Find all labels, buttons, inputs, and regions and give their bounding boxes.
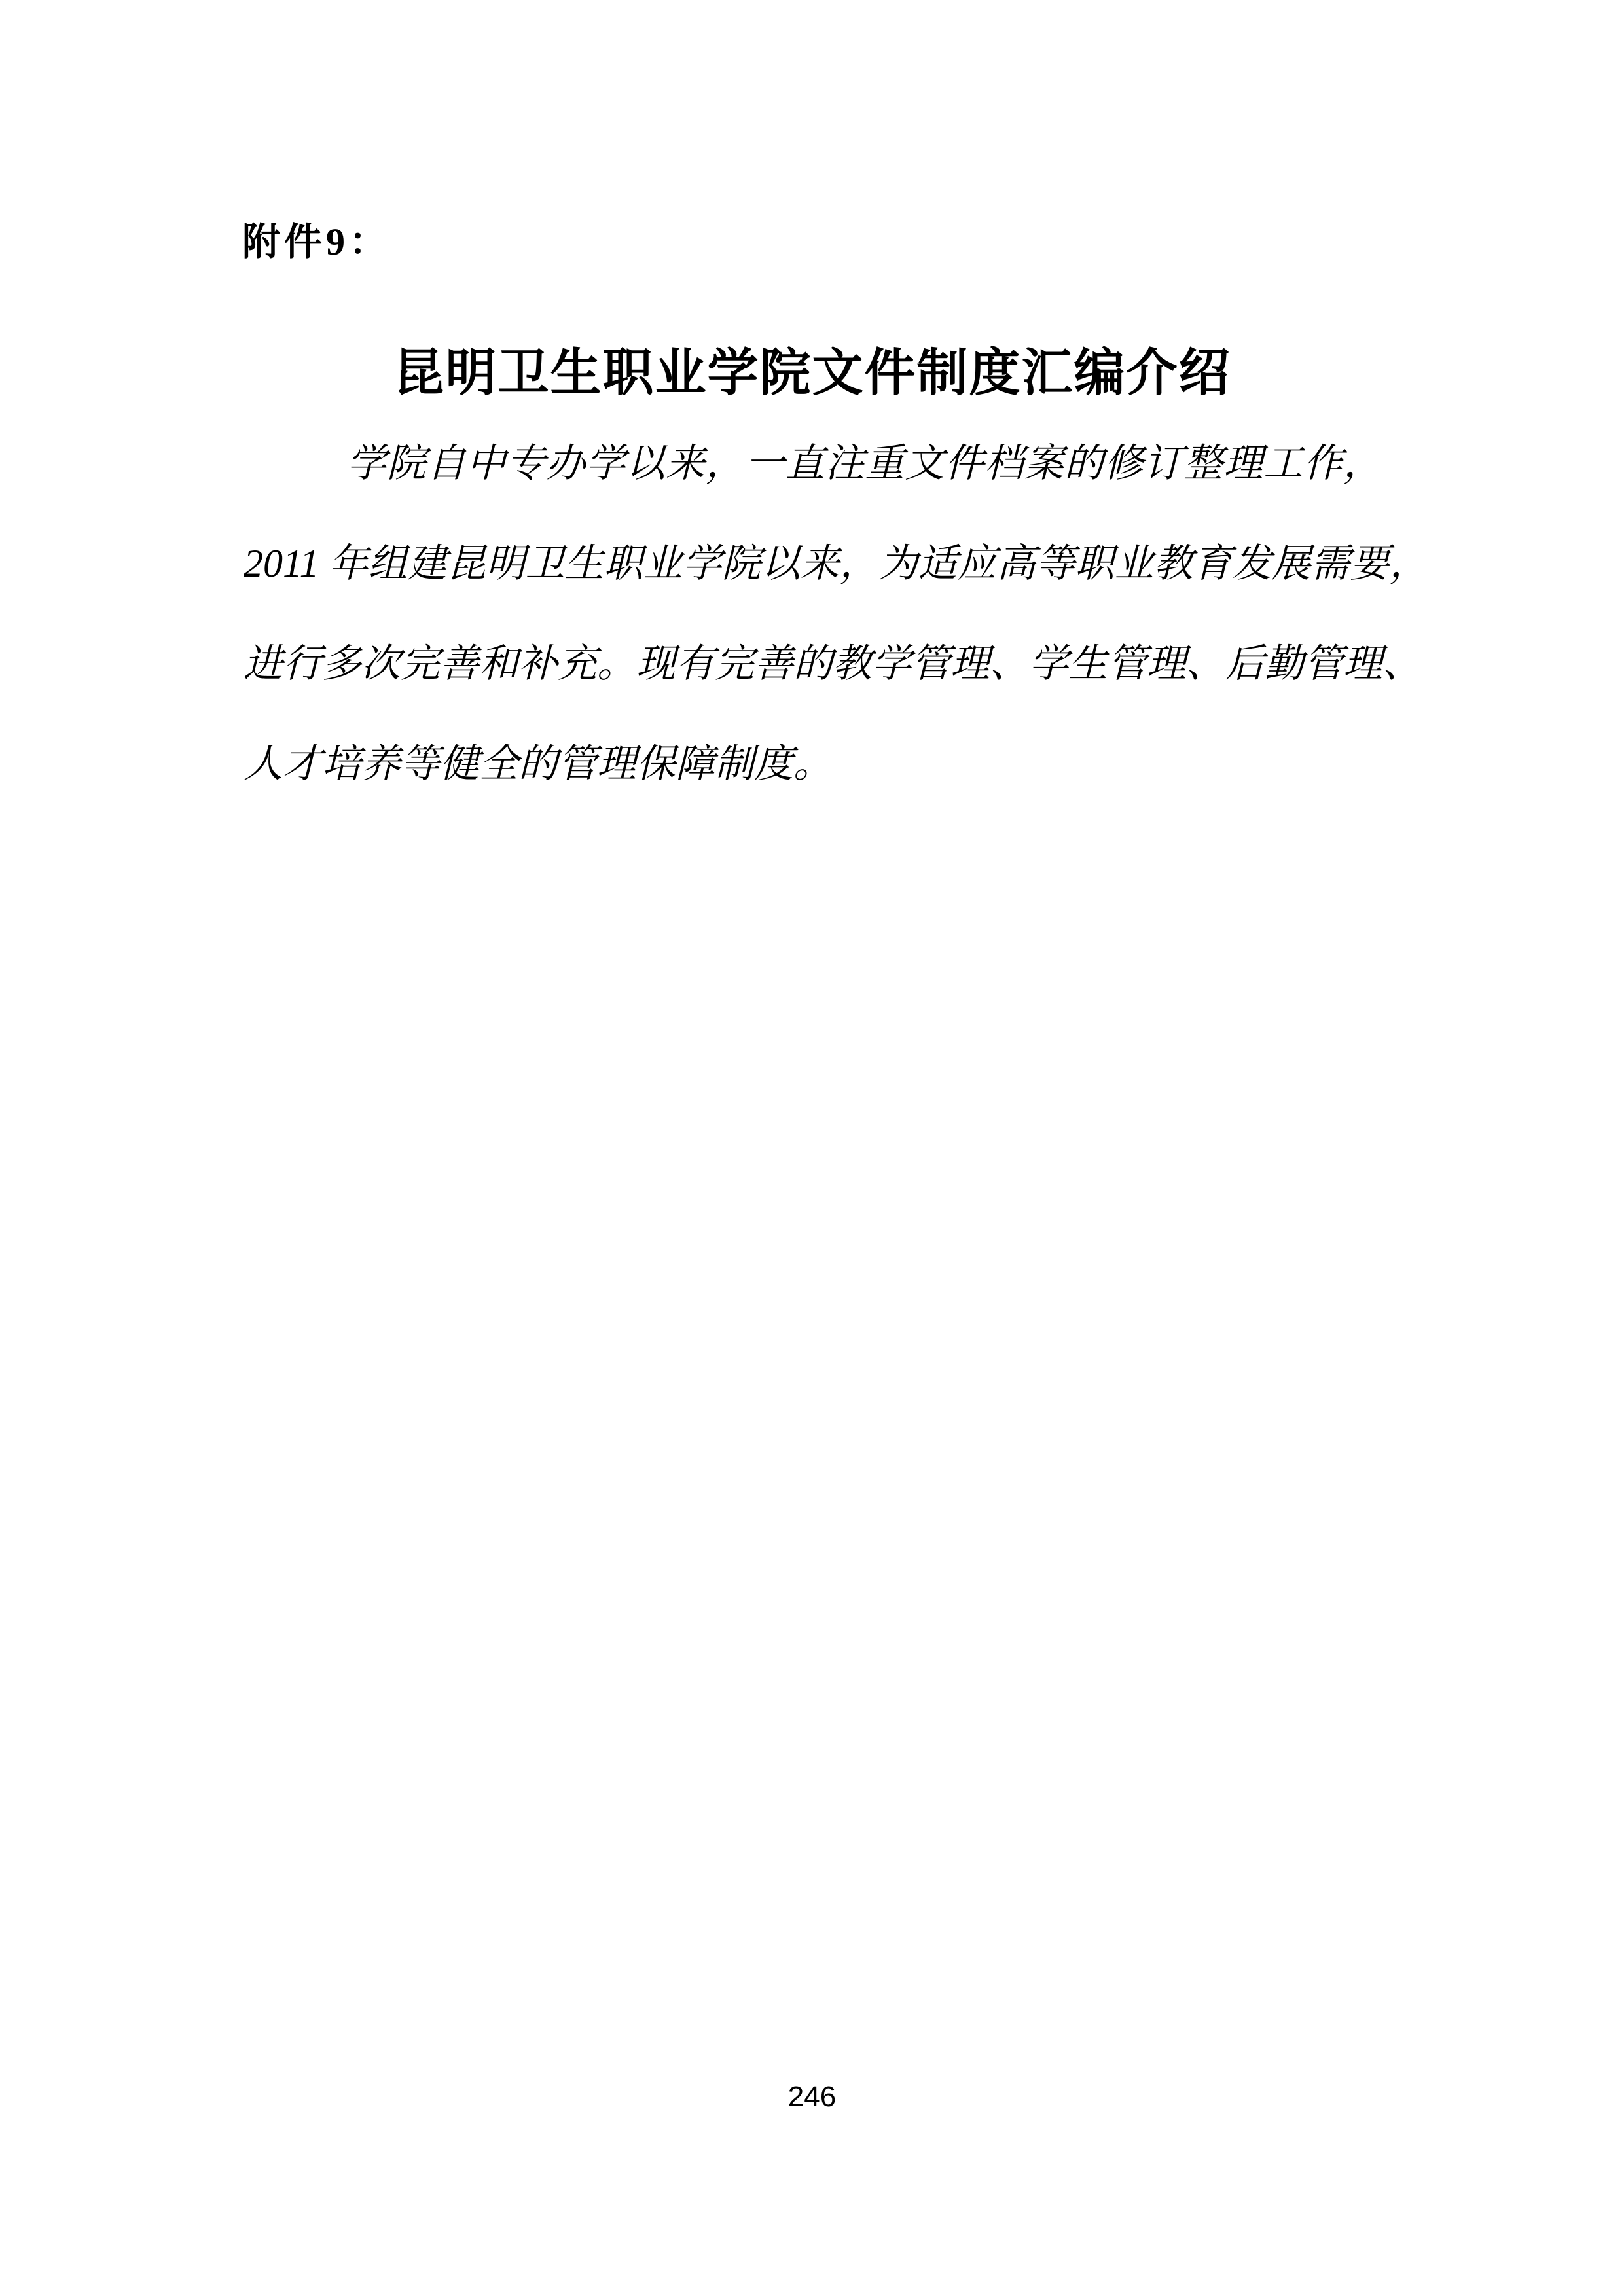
document-page: 附件9： 昆明卫生职业学院文件制度汇编介绍 学院自中专办学以来，一直注重文件档案…: [0, 0, 1624, 2296]
attachment-label: 附件9：: [242, 217, 391, 267]
page-title: 昆明卫生职业学院文件制度汇编介绍: [0, 340, 1624, 406]
paragraph-line: 2011 年组建昆明卫生职业学院以来，为适应高等职业教育发展需要，: [244, 514, 1382, 614]
paragraph-line: 学院自中专办学以来，一直注重文件档案的修订整理工作，: [244, 414, 1382, 514]
paragraph-line: 进行多次完善和补充。现有完善的教学管理、学生管理、后勤管理、: [244, 614, 1382, 714]
body-paragraph: 学院自中专办学以来，一直注重文件档案的修订整理工作， 2011 年组建昆明卫生职…: [244, 414, 1382, 814]
paragraph-line: 人才培养等健全的管理保障制度。: [244, 714, 1382, 814]
page-number: 246: [0, 2080, 1624, 2114]
